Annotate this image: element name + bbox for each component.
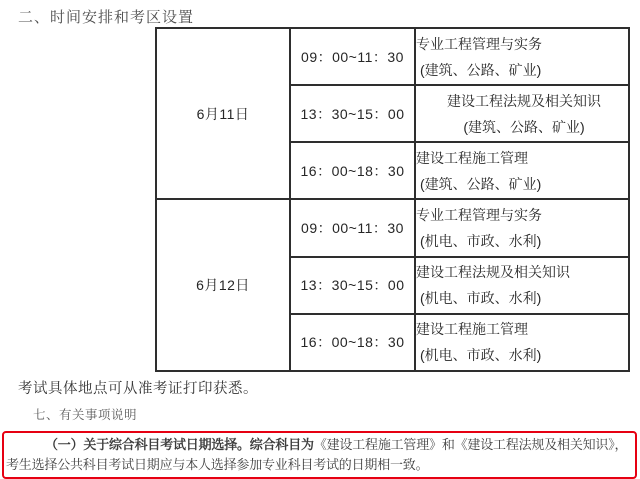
schedule-table: 6月11日 09：00~11：30 专业工程管理与实务 (建筑、公路、矿业) 1… bbox=[155, 27, 630, 372]
date-cell: 6月11日 bbox=[156, 28, 290, 199]
highlight-line-1: （一）关于综合科目考试日期选择。综合科目为《建设工程施工管理》和《建设工程法规及… bbox=[4, 435, 635, 455]
document-page: 二、时间安排和考区设置 6月11日 09：00~11：30 专业工程管理与实务 … bbox=[0, 0, 640, 479]
time-cell: 09：00~11：30 bbox=[290, 199, 415, 256]
subject-cell: 建设工程施工管理 (机电、市政、水利) bbox=[415, 314, 629, 371]
time-cell: 09：00~11：30 bbox=[290, 28, 415, 85]
subject-cell: 建设工程法规及相关知识 (机电、市政、水利) bbox=[415, 257, 629, 314]
subject-cell: 建设工程法规及相关知识 (建筑、公路、矿业) bbox=[415, 85, 629, 142]
subject-name: 建设工程法规及相关知识 bbox=[420, 88, 628, 114]
time-cell: 16：00~18：30 bbox=[290, 142, 415, 199]
subject-name: 专业工程管理与实务 bbox=[416, 202, 628, 228]
subject-name: 建设工程施工管理 bbox=[416, 145, 628, 171]
highlight-line-2: 考生选择公共科目考试日期应与本人选择参加专业科目考试的日期相一致。 bbox=[4, 455, 635, 475]
table-row: 6月12日 09：00~11：30 专业工程管理与实务 (机电、市政、水利) bbox=[156, 199, 629, 256]
subject-majors: (机电、市政、水利) bbox=[416, 285, 628, 311]
highlight-box: （一）关于综合科目考试日期选择。综合科目为《建设工程施工管理》和《建设工程法规及… bbox=[2, 431, 637, 479]
time-cell: 13：30~15：00 bbox=[290, 257, 415, 314]
subject-majors: (建筑、公路、矿业) bbox=[416, 57, 628, 83]
subject-name: 建设工程施工管理 bbox=[416, 316, 628, 342]
time-cell: 13：30~15：00 bbox=[290, 85, 415, 142]
highlight-regular-text: 《建设工程施工管理》和《建设工程法规及相关知识》， bbox=[314, 437, 628, 452]
time-cell: 16：00~18：30 bbox=[290, 314, 415, 371]
subject-name: 建设工程法规及相关知识 bbox=[416, 259, 628, 285]
highlight-bold-text: （一）关于综合科目考试日期选择。综合科目为 bbox=[45, 437, 314, 452]
subject-cell: 建设工程施工管理 (建筑、公路、矿业) bbox=[415, 142, 629, 199]
subject-majors: (建筑、公路、矿业) bbox=[416, 171, 628, 197]
subject-majors: (建筑、公路、矿业) bbox=[420, 114, 628, 140]
subject-cell: 专业工程管理与实务 (机电、市政、水利) bbox=[415, 199, 629, 256]
subject-cell: 专业工程管理与实务 (建筑、公路、矿业) bbox=[415, 28, 629, 85]
location-note: 考试具体地点可从准考证打印获悉。 bbox=[18, 377, 258, 398]
subject-majors: (机电、市政、水利) bbox=[416, 342, 628, 368]
subject-name: 专业工程管理与实务 bbox=[416, 31, 628, 57]
subsection-title: 七、有关事项说明 bbox=[33, 405, 137, 423]
table-row: 6月11日 09：00~11：30 专业工程管理与实务 (建筑、公路、矿业) bbox=[156, 28, 629, 85]
date-cell: 6月12日 bbox=[156, 199, 290, 371]
subject-majors: (机电、市政、水利) bbox=[416, 228, 628, 254]
section-title: 二、时间安排和考区设置 bbox=[18, 6, 194, 27]
